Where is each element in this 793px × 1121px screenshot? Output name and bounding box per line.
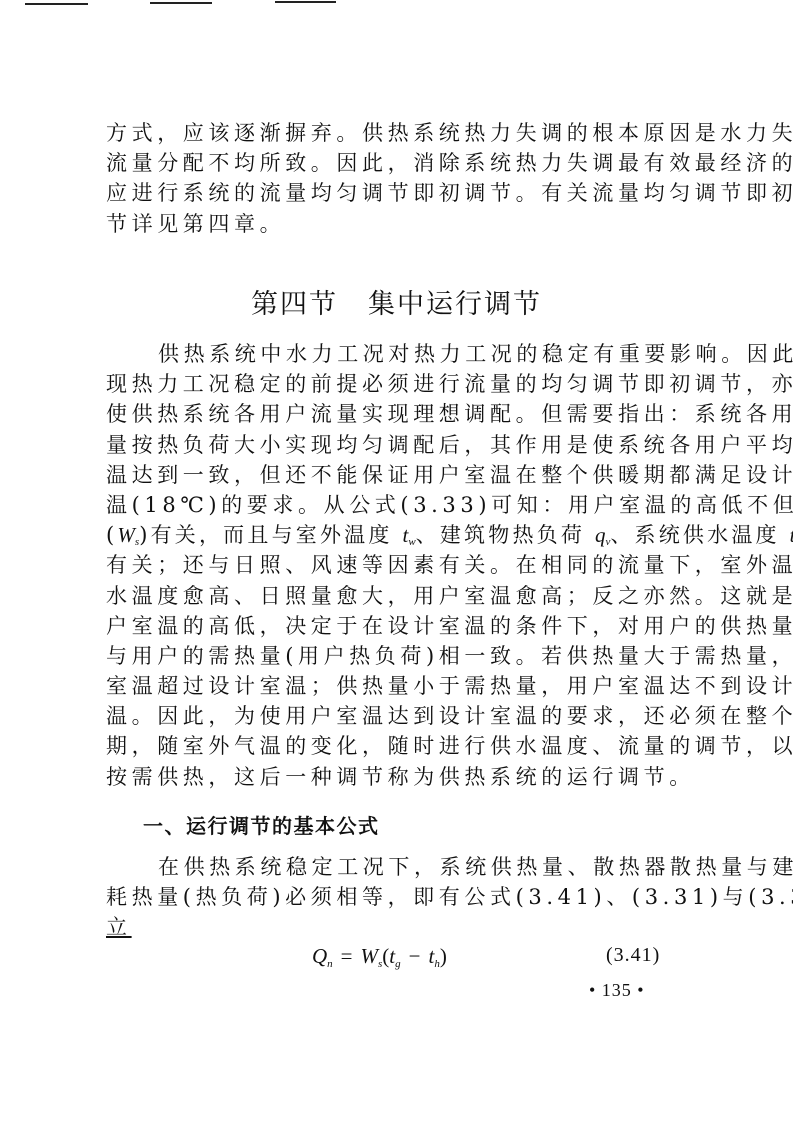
section-title: 集中运行调节 — [368, 289, 542, 320]
var-tw: tw — [402, 523, 415, 547]
text-line: 现热力工况稳定的前提必须进行流量的均匀调节即初调节，亦即 — [106, 369, 696, 399]
section-number: 第四节 — [251, 289, 338, 320]
text-line: 供热系统中水力工况对热力工况的稳定有重要影响。因此，实 — [106, 339, 696, 369]
top-rule-3 — [275, 1, 336, 3]
text-line: 与用户的需热量(用户热负荷)相一致。若供热量大于需热量，用户 — [106, 641, 696, 671]
top-rule-2 — [150, 2, 212, 4]
text-line-with-variables: (Ws)有关，而且与室外温度 tw、建筑物热负荷 qv、系统供水温度 tg — [106, 520, 696, 550]
text-line: 温达到一致，但还不能保证用户室温在整个供暖期都满足设计室 — [106, 460, 696, 490]
section-heading: 第四节集中运行调节 — [0, 282, 793, 321]
text-line: 使供热系统各用户流量实现理想调配。但需要指出：系统各用户流 — [106, 399, 696, 429]
text-line: 方式，应该逐渐摒弃。供热系统热力失调的根本原因是水力失调即 — [106, 118, 696, 148]
paragraph-1: 供热系统中水力工况对热力工况的稳定有重要影响。因此，实 现热力工况稳定的前提必须… — [106, 339, 696, 792]
text-line: 期，随室外气温的变化，随时进行供水温度、流量的调节，以期实现 — [106, 731, 696, 761]
continued-paragraph: 方式，应该逐渐摒弃。供热系统热力失调的根本原因是水力失调即 流量分配不均所致。因… — [106, 118, 696, 239]
text-line: 应进行系统的流量均匀调节即初调节。有关流量均匀调节即初调 — [106, 178, 696, 208]
text-line: 户室温的高低，决定于在设计室温的条件下，对用户的供热量是否 — [106, 611, 696, 641]
text-line: 有关；还与日照、风速等因素有关。在相同的流量下，室外温度、供 — [106, 550, 696, 580]
paragraph-2: 在供热系统稳定工况下，系统供热量、散热器散热量与建筑物 耗热量(热负荷)必须相等… — [106, 852, 696, 943]
text-line: 室温超过设计室温；供热量小于需热量，用户室温达不到设计室 — [106, 671, 696, 701]
text-line: 温(18℃)的要求。从公式(3.33)可知：用户室温的高低不但与流量 — [106, 490, 696, 520]
var-tg: tg — [790, 523, 793, 547]
text-line: 按需供热，这后一种调节称为供热系统的运行调节。 — [106, 762, 696, 792]
text-line: 立 — [106, 912, 696, 942]
sub-heading: 一、运行调节的基本公式 — [143, 810, 380, 839]
text-line: 温。因此，为使用户室温达到设计室温的要求，还必须在整个供暖 — [106, 701, 696, 731]
equation-number: (3.41) — [606, 944, 660, 967]
top-rule-1 — [25, 3, 88, 5]
text-line: 在供热系统稳定工况下，系统供热量、散热器散热量与建筑物 — [106, 852, 696, 882]
text-line: 耗热量(热负荷)必须相等，即有公式(3.41)、(3.31)与(3.32)的联 — [106, 882, 696, 912]
page-number: • 135 • — [589, 980, 645, 1001]
equation-3-41: Qn=Ws(tg−th) — [312, 944, 447, 970]
text-line: 量按热负荷大小实现均匀调配后，其作用是使系统各用户平均室 — [106, 430, 696, 460]
text-line: 流量分配不均所致。因此，消除系统热力失调最有效最经济的方法 — [106, 148, 696, 178]
var-w: Ws — [117, 523, 139, 547]
text-line: 节详见第四章。 — [106, 209, 696, 239]
text-line: 水温度愈高、日照量愈大，用户室温愈高；反之亦然。这就是说，用 — [106, 581, 696, 611]
var-qv: qv — [595, 523, 610, 547]
